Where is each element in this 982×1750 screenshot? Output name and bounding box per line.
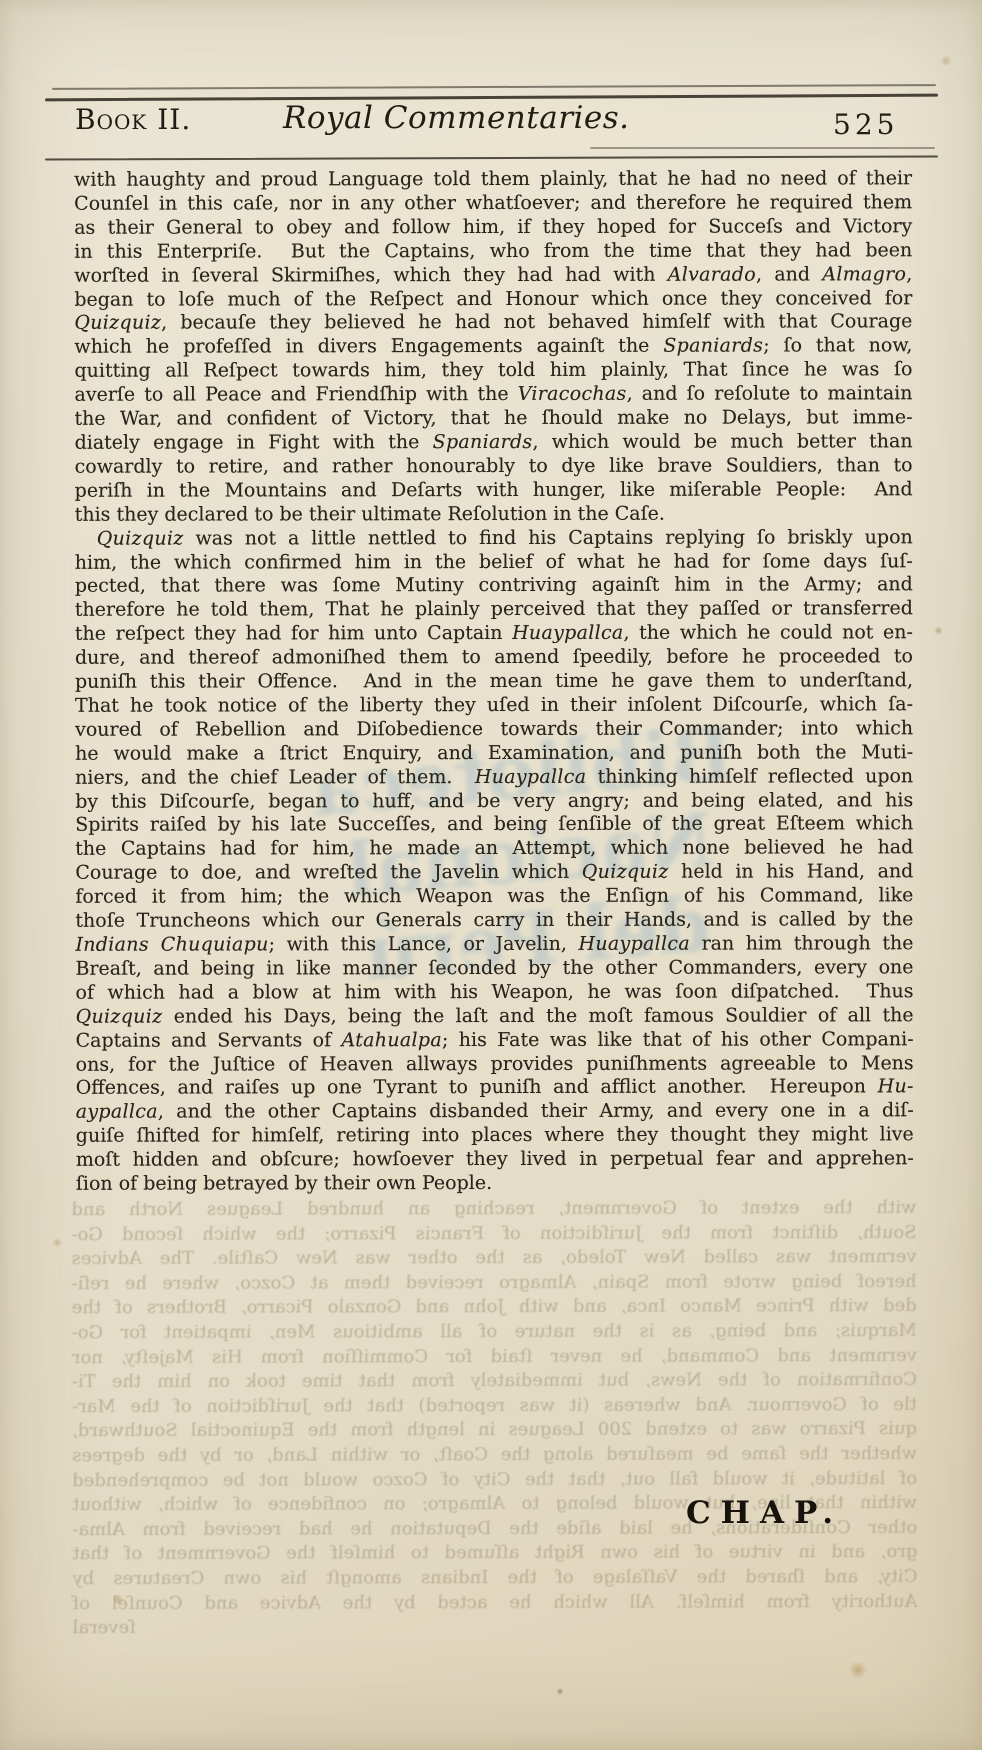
- text-line: worſted in ſeveral Skirmiſhes, which the…: [74, 263, 912, 288]
- text-line: Spirits raiſed by his late Succeſſes, an…: [75, 813, 913, 838]
- text-line: therefore he told them, That he plainly …: [75, 598, 913, 623]
- text-line: the Captains had for him, he made an Att…: [75, 837, 913, 862]
- bleedthrough-line: vernment was called New Toledo, as the o…: [72, 1245, 917, 1272]
- bleedthrough-line: tle of Governour. And whereas (it was re…: [72, 1393, 917, 1420]
- text-line: of which had a blow at him with his Weap…: [76, 980, 914, 1005]
- text-line: Quizquiz ended his Days, being the laſt …: [76, 1004, 914, 1029]
- text-line: periſh in the Mountains and Deſarts with…: [75, 478, 913, 503]
- bleedthrough-line: South, diſtinct from the Juriſdiction of…: [71, 1220, 916, 1247]
- text-line: ons, for the Juſtice of Heaven allways p…: [76, 1052, 914, 1077]
- verso-bleedthrough-text: with the extent of Government, reaching …: [71, 1196, 917, 1641]
- bleedthrough-line: Confirmation of the News, but immediatel…: [72, 1368, 917, 1395]
- bleedthrough-line: whether the ſame be meaſured along the C…: [72, 1442, 917, 1469]
- page-number: 525: [833, 108, 898, 141]
- text-line: with haughty and proud Language told the…: [74, 167, 912, 192]
- text-line: began to loſe much of the Reſpect and Ho…: [74, 287, 912, 312]
- text-line: Counſel in this caſe, nor in any other w…: [74, 191, 912, 216]
- text-line: this they declared to be their ultimate …: [75, 502, 913, 527]
- text-line: in this Enterpriſe. But the Captains, wh…: [74, 239, 912, 264]
- header-rule-fragment: [590, 147, 935, 149]
- text-line: guiſe ſhifted for himſelf, retiring into…: [76, 1124, 914, 1149]
- bleedthrough-line: gro, and in virtue of his own Right aſſu…: [72, 1540, 917, 1567]
- text-line: cowardly to retire, and rather honourabl…: [75, 454, 913, 479]
- text-line: pected, that there was ſome Mutiny contr…: [75, 574, 913, 599]
- running-header-book: Book II.: [75, 103, 191, 136]
- text-line: Courage to doe, and wreſted the Javelin …: [75, 861, 913, 886]
- bleedthrough-line: City, and ſhared the Vaſſalage of the In…: [72, 1565, 917, 1592]
- text-line: diately engage in Fight with the Spaniar…: [75, 430, 913, 455]
- text-line: averſe to all Peace and Friendſhip with …: [74, 382, 912, 407]
- bleedthrough-line: quis Pizarro was to extend 200 Leagues i…: [72, 1417, 917, 1444]
- text-line: dure, and thereof admoniſhed them to ame…: [75, 645, 913, 670]
- bleedthrough-line: vernment and Command, he never ſtaid for…: [72, 1343, 917, 1370]
- bleedthrough-line: of latitude, it would fall out, that the…: [72, 1466, 917, 1493]
- text-line: the reſpect they had for him unto Captai…: [75, 621, 913, 646]
- text-line: moſt hidden and obſcure; howſoever they …: [76, 1147, 914, 1172]
- text-line: by this Diſcourſe, began to huff, and be…: [75, 789, 913, 814]
- text-line: puniſh this their Offence. And in the me…: [75, 669, 913, 694]
- text-line: the War, and confident of Victory, that …: [75, 406, 913, 431]
- bleedthrough-line: hereof being wrote from Spain, Almagro r…: [72, 1270, 917, 1297]
- text-line: Quizquiz, becauſe they believed he had n…: [74, 311, 912, 336]
- bleedthrough-line: ſeveral: [73, 1614, 918, 1641]
- bleedthrough-line: Authority from himſelf. All which he act…: [72, 1589, 917, 1616]
- page-text: with haughty and proud Language told the…: [74, 167, 914, 1196]
- text-line: him, the which confirmed him in the beli…: [75, 550, 913, 575]
- bleedthrough-line: with the extent of Government, reaching …: [71, 1196, 916, 1223]
- bleedthrough-line: Marquis; and being, as is the nature of …: [72, 1319, 917, 1346]
- text-line: thoſe Truncheons which our Generals carr…: [75, 908, 913, 933]
- top-rule-upper: [52, 84, 936, 90]
- text-line: Offences, and raiſes up one Tyrant to pu…: [76, 1076, 914, 1101]
- text-line: forced it from him; the which Weapon was…: [75, 884, 913, 909]
- text-line: aypallca, and the other Captains disband…: [76, 1100, 914, 1125]
- text-line: which he profeſſed in divers Engagements…: [74, 335, 912, 360]
- catchword: CHAP.: [686, 1495, 843, 1531]
- bleedthrough-line: ded with Prince Manco Inca, and with Joh…: [72, 1294, 917, 1321]
- running-header-title: Royal Commentaries.: [283, 100, 630, 136]
- text-line: ſion of being betrayed by their own Peop…: [76, 1171, 914, 1196]
- text-line: Quizquiz was not a little nettled to fin…: [75, 526, 913, 551]
- text-line: Breaſt, and being in like manner ſeconde…: [75, 956, 913, 981]
- text-line: he would make a ſtrict Enquiry, and Exam…: [75, 741, 913, 766]
- text-line: as their General to obey and follow him,…: [74, 215, 912, 240]
- header-rule: [45, 155, 938, 160]
- text-line: Indians Chuquiapu; with this Lance, or J…: [75, 932, 913, 957]
- text-line: Captains and Servants of Atahualpa; his …: [76, 1028, 914, 1053]
- text-line: That he took notice of the liberty they …: [75, 693, 913, 718]
- text-line: niers, and the chief Leader of them. Hua…: [75, 765, 913, 790]
- book-page-scan: Book II. Royal Commentaries. 525 Bibliot…: [0, 0, 982, 1750]
- text-line: voured of Rebellion and Diſobedience tow…: [75, 717, 913, 742]
- text-line: quitting all Reſpect towards him, they t…: [74, 359, 912, 384]
